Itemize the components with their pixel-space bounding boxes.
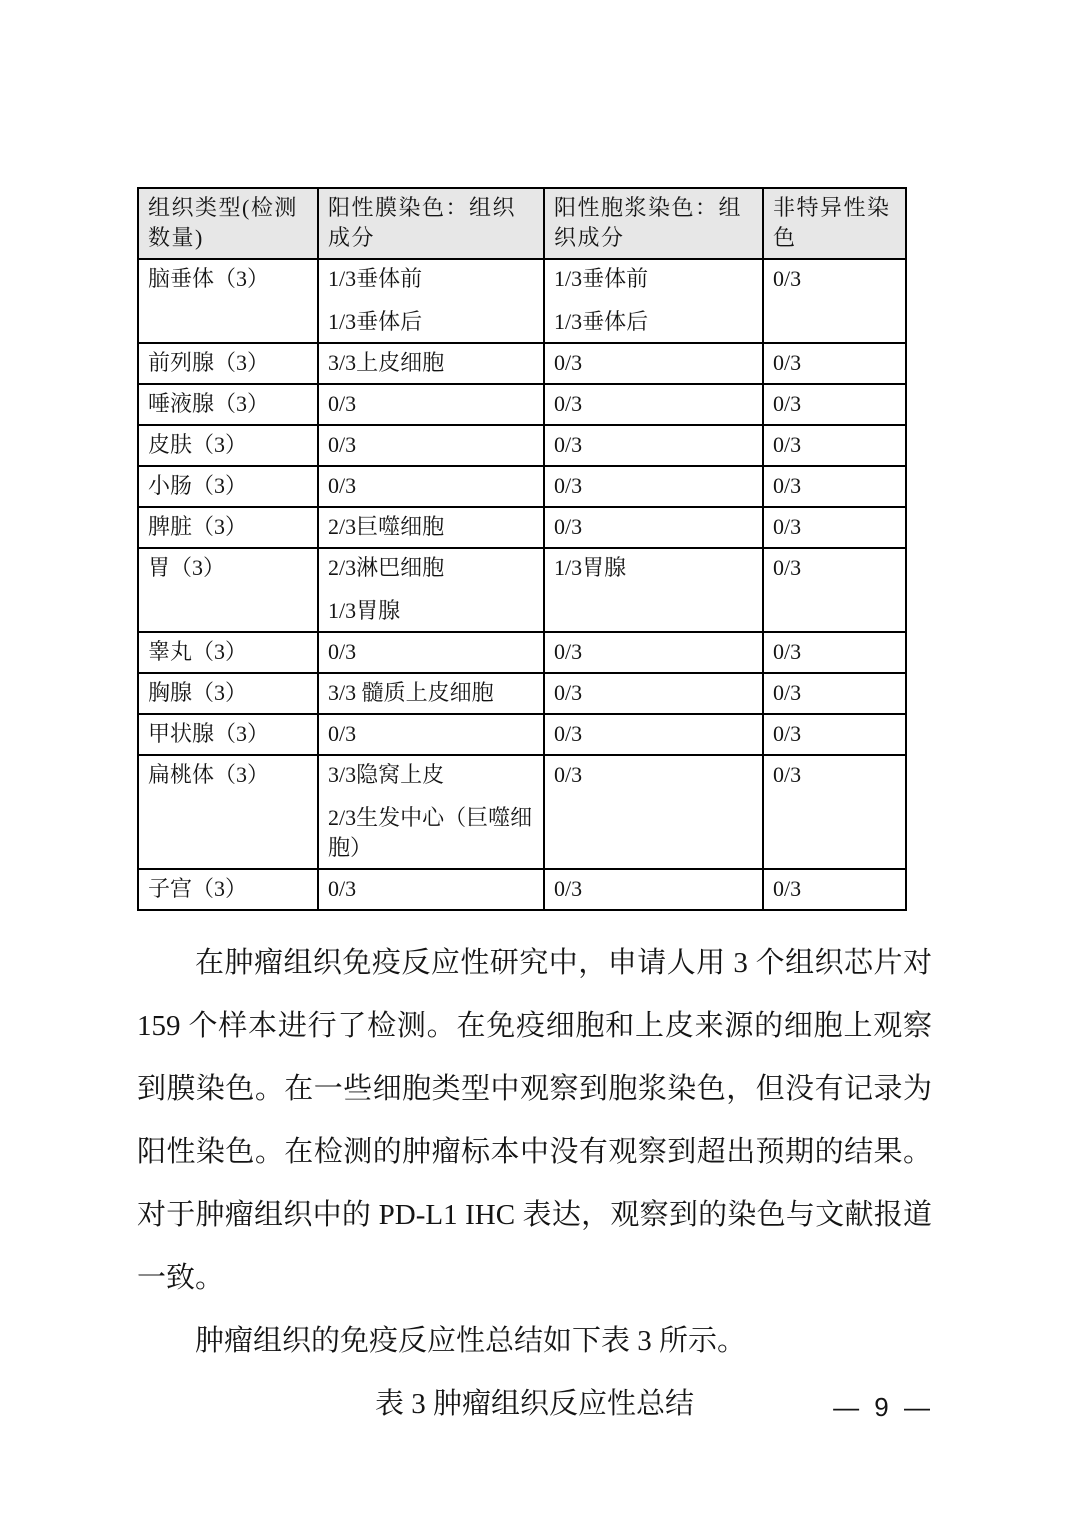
cell-tissue: 扁桃体（3）: [138, 755, 318, 869]
cell-line: 1/3垂体后: [554, 307, 753, 337]
table-row: 小肠（3） 0/3 0/3 0/3: [138, 466, 906, 507]
cell-membrane: 0/3: [318, 869, 544, 910]
cell-cytoplasm: 0/3: [544, 466, 763, 507]
header-cytoplasm-staining: 阳性胞浆染色：组织成分: [544, 188, 763, 259]
paragraph-immunoreactivity-study: 在肿瘤组织免疫反应性研究中，申请人用 3 个组织芯片对 159 个样本进行了检测…: [137, 932, 932, 1310]
cell-cytoplasm: 0/3: [544, 507, 763, 548]
table3-caption: 表 3 肿瘤组织反应性总结: [137, 1373, 932, 1436]
cell-cytoplasm: 0/3: [544, 673, 763, 714]
cell-membrane: 3/3隐窝上皮 2/3生发中心（巨噬细胞）: [318, 755, 544, 869]
cell-line: 2/3生发中心（巨噬细胞）: [328, 803, 534, 863]
body-text-block: 在肿瘤组织免疫反应性研究中，申请人用 3 个组织芯片对 159 个样本进行了检测…: [137, 932, 932, 1436]
cell-nonspecific: 0/3: [763, 343, 906, 384]
cell-cytoplasm: 1/3垂体前 1/3垂体后: [544, 259, 763, 343]
cell-membrane: 2/3巨噬细胞: [318, 507, 544, 548]
header-tissue-type: 组织类型(检测数量): [138, 188, 318, 259]
cell-line: 1/3垂体后: [328, 307, 534, 337]
table-row: 胃（3） 2/3淋巴细胞 1/3胃腺 1/3胃腺 0/3: [138, 548, 906, 632]
cell-cytoplasm: 0/3: [544, 714, 763, 755]
cell-tissue: 胸腺（3）: [138, 673, 318, 714]
cell-nonspecific: 0/3: [763, 466, 906, 507]
cell-cytoplasm: 0/3: [544, 869, 763, 910]
cell-membrane: 3/3 髓质上皮细胞: [318, 673, 544, 714]
cell-tissue: 脾脏（3）: [138, 507, 318, 548]
cell-line: 2/3淋巴细胞: [328, 553, 534, 583]
cell-line: 1/3胃腺: [328, 596, 534, 626]
cell-tissue: 胃（3）: [138, 548, 318, 632]
cell-cytoplasm: 0/3: [544, 425, 763, 466]
cell-cytoplasm: 0/3: [544, 755, 763, 869]
cell-cytoplasm: 0/3: [544, 384, 763, 425]
cell-nonspecific: 0/3: [763, 384, 906, 425]
page-content: 组织类型(检测数量) 阳性膜染色：组织成分 阳性胞浆染色：组织成分 非特异性染色…: [137, 187, 932, 1436]
cell-nonspecific: 0/3: [763, 755, 906, 869]
document-page: 组织类型(检测数量) 阳性膜染色：组织成分 阳性胞浆染色：组织成分 非特异性染色…: [0, 0, 1080, 1527]
cell-nonspecific: 0/3: [763, 548, 906, 632]
cell-nonspecific: 0/3: [763, 425, 906, 466]
cell-tissue: 小肠（3）: [138, 466, 318, 507]
cell-membrane: 0/3: [318, 384, 544, 425]
cell-membrane: 0/3: [318, 714, 544, 755]
cell-nonspecific: 0/3: [763, 869, 906, 910]
cell-cytoplasm: 0/3: [544, 632, 763, 673]
cell-membrane: 0/3: [318, 425, 544, 466]
cell-tissue: 脑垂体（3）: [138, 259, 318, 343]
cell-tissue: 前列腺（3）: [138, 343, 318, 384]
paragraph-table3-reference: 肿瘤组织的免疫反应性总结如下表 3 所示。: [137, 1310, 932, 1373]
cell-line: 3/3隐窝上皮: [328, 760, 534, 790]
cell-cytoplasm: 1/3胃腺: [544, 548, 763, 632]
cell-nonspecific: 0/3: [763, 507, 906, 548]
table-row: 睾丸（3） 0/3 0/3 0/3: [138, 632, 906, 673]
table-row: 甲状腺（3） 0/3 0/3 0/3: [138, 714, 906, 755]
cell-membrane: 0/3: [318, 466, 544, 507]
cell-tissue: 子宫（3）: [138, 869, 318, 910]
cell-nonspecific: 0/3: [763, 673, 906, 714]
cell-line: 1/3垂体前: [554, 264, 753, 294]
table-header-row: 组织类型(检测数量) 阳性膜染色：组织成分 阳性胞浆染色：组织成分 非特异性染色: [138, 188, 906, 259]
cell-membrane: 0/3: [318, 632, 544, 673]
cell-tissue: 唾液腺（3）: [138, 384, 318, 425]
header-nonspecific-staining: 非特异性染色: [763, 188, 906, 259]
cell-membrane: 3/3上皮细胞: [318, 343, 544, 384]
cell-nonspecific: 0/3: [763, 714, 906, 755]
cell-line: 1/3垂体前: [328, 264, 534, 294]
cell-membrane: 2/3淋巴细胞 1/3胃腺: [318, 548, 544, 632]
cell-membrane: 1/3垂体前 1/3垂体后: [318, 259, 544, 343]
table-row: 皮肤（3） 0/3 0/3 0/3: [138, 425, 906, 466]
table-row: 子宫（3） 0/3 0/3 0/3: [138, 869, 906, 910]
header-membrane-staining: 阳性膜染色：组织成分: [318, 188, 544, 259]
page-number: — 9 —: [833, 1392, 934, 1423]
table-row: 脾脏（3） 2/3巨噬细胞 0/3 0/3: [138, 507, 906, 548]
tissue-reactivity-table: 组织类型(检测数量) 阳性膜染色：组织成分 阳性胞浆染色：组织成分 非特异性染色…: [137, 187, 907, 911]
cell-nonspecific: 0/3: [763, 259, 906, 343]
cell-cytoplasm: 0/3: [544, 343, 763, 384]
table-row: 唾液腺（3） 0/3 0/3 0/3: [138, 384, 906, 425]
table-row: 扁桃体（3） 3/3隐窝上皮 2/3生发中心（巨噬细胞） 0/3 0/3: [138, 755, 906, 869]
cell-tissue: 皮肤（3）: [138, 425, 318, 466]
cell-nonspecific: 0/3: [763, 632, 906, 673]
cell-tissue: 睾丸（3）: [138, 632, 318, 673]
table-row: 前列腺（3） 3/3上皮细胞 0/3 0/3: [138, 343, 906, 384]
table-row: 脑垂体（3） 1/3垂体前 1/3垂体后 1/3垂体前 1/3垂体后 0/3: [138, 259, 906, 343]
table-row: 胸腺（3） 3/3 髓质上皮细胞 0/3 0/3: [138, 673, 906, 714]
cell-tissue: 甲状腺（3）: [138, 714, 318, 755]
